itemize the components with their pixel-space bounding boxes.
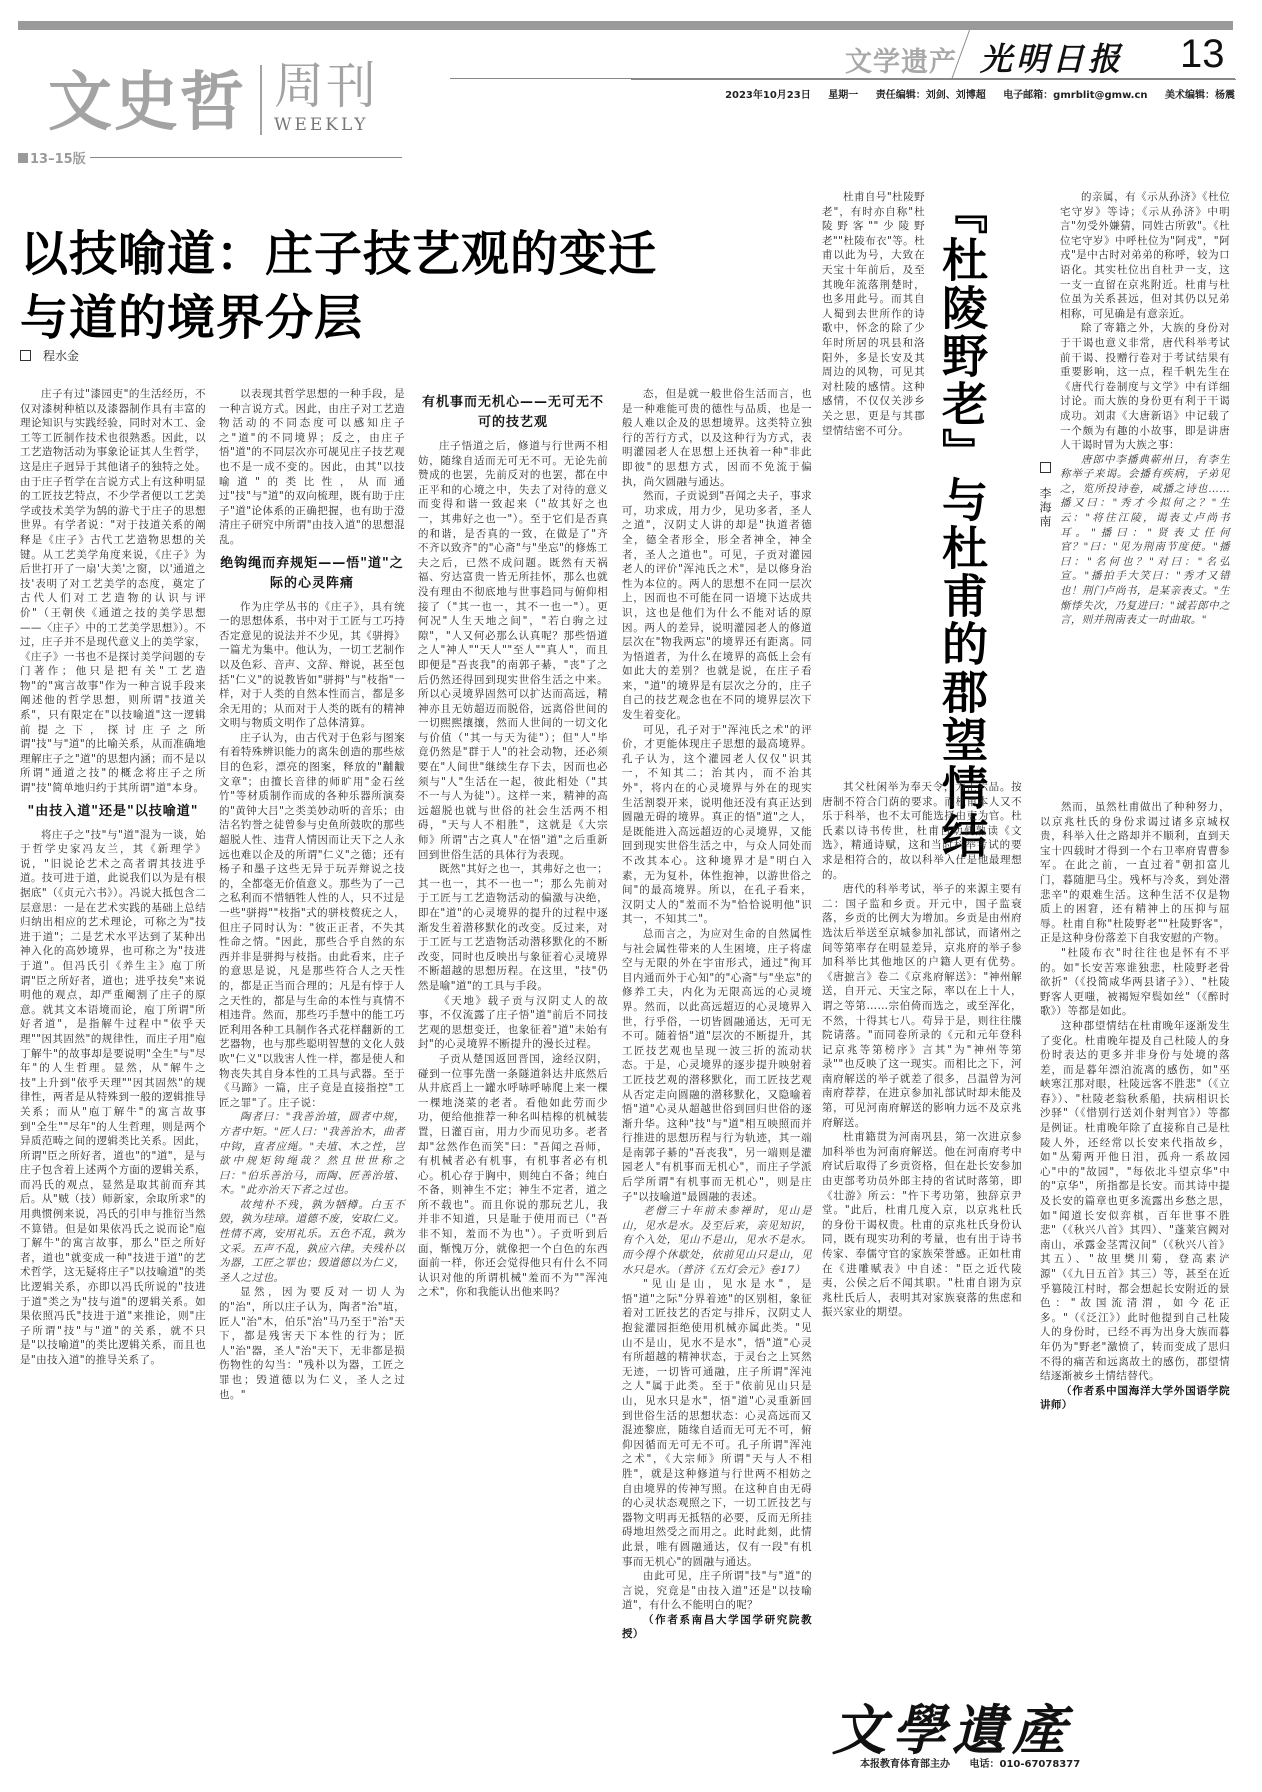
square-icon — [1040, 462, 1051, 473]
paragraph: 除了寄籍之外，大族的身份对于干谒也意义非常，唐代科举考试前干谒、投赠行卷对于考试… — [1060, 321, 1230, 452]
edition-range: 13–15版 — [30, 148, 86, 167]
brand-divider — [260, 65, 262, 135]
divider — [90, 157, 402, 158]
article-byline: 李海南 — [1037, 462, 1054, 529]
weekly-label: 周刊 WEEKLY — [274, 61, 378, 135]
article-column: 然而，虽然杜甫做出了种种努力，以京兆杜氏的身份求谒过诸多京城权贵，科举入仕之路却… — [1040, 800, 1230, 1413]
paragraph: 既然"其好之也一，其弗好之也一；其一也一，其不一也一"；那么先前对于工匠与工艺造… — [418, 862, 608, 993]
article-column: 有机事而无机心——无可无不可的技艺观 庄子悟道之后，修道与行世两不相妨，随缘自适… — [418, 387, 608, 1300]
issue-date: 2023年10月23日 — [725, 90, 811, 101]
headline-line-2: 与道的境界分层 — [20, 286, 657, 350]
header-top-bar — [18, 21, 1233, 30]
paragraph: "见山是山，见水是水"，是悟"道"之际"分界着迹"的区别相，象征着对工匠技艺的否… — [622, 1277, 812, 1569]
headline-line-1: 以技喻道：庄子技艺观的变迁 — [20, 222, 657, 286]
article-column: 庄子有过"漆园吏"的生活经历，不仅对漆树种植以及漆器制作具有丰富的理论知识与实践… — [20, 387, 206, 1368]
paragraph: "杜陵布衣"时往往也是怀有不平的。如"长安苦寒谁独悲，杜陵野老骨欲折"（《投简咸… — [1040, 946, 1230, 1019]
paragraph: 《天地》载子贡与汉阴丈人的故事，不仅流露了庄子悟"道"前后不同技艺观的思想变迁，… — [418, 994, 608, 1052]
block-quote: 老僧三十年前未参禅时，见山是山，见水是水。及至后来，亲见知识，有个入处，见山不是… — [622, 1204, 812, 1277]
block-quote: 唐郎中李播典蕲州日，有李生称举子来谒。会播有疾病，子弟见之，览所投诗卷，咸播之诗… — [1060, 453, 1230, 628]
paragraph: 态，但是就一般世俗生活而言，也是一种难能可贵的德性与品质，也是一般人难以企及的思… — [622, 387, 812, 489]
phone: 电话：010-67078377 — [969, 1759, 1080, 1770]
paragraph: 将庄子之"技"与"道"混为一谈，始于哲学史家冯友兰，其《新理学》说，"旧说论艺术… — [20, 828, 206, 1368]
author-credit: （作者系南昌大学国学研究院教授） — [622, 1613, 812, 1642]
newspaper-logo: 光明日报 — [980, 34, 1124, 80]
paragraph: 的亲属，有《示从孙济》《杜位宅守岁》等诗；《示从孙济》中明言"勿受外嫌猜，同姓古… — [1060, 190, 1230, 321]
paragraph: 庄子有过"漆园吏"的生活经历，不仅对漆树种植以及漆器制作具有丰富的理论知识与实践… — [20, 387, 206, 796]
weekly-en: WEEKLY — [274, 115, 378, 135]
email: 电子邮箱：gmrblit@gmw.cn — [1003, 90, 1147, 101]
paragraph: 然而，子贡说到"吾闻之夫子，事求可，功求成，用力少，见功多者，圣人之道"，汉阴丈… — [622, 489, 812, 723]
article-headline-vertical: 『杜陵野老』与杜甫的郡望情结 — [937, 188, 987, 860]
sponsor: 本报教育体育部主办 — [860, 1759, 950, 1770]
author-credit: （作者系中国海洋大学外国语学院讲师） — [1040, 1384, 1230, 1413]
article-column: 态，但是就一般世俗生活而言，也是一种难能可贵的德性与品质，也是一般人难以企及的思… — [622, 387, 812, 1642]
divider — [631, 79, 1236, 80]
paragraph: 子贡从楚国返回晋国，途经汉阴，碰到一位事先凿一条隧道斜达井底然后从井底舀上一罐水… — [418, 1052, 608, 1300]
weekly-cn: 周刊 — [274, 61, 378, 111]
square-icon — [20, 350, 31, 361]
article-byline: 程水金 — [20, 347, 79, 364]
paragraph: 然而，虽然杜甫做出了种种努力，以京兆杜氏的身份求谒过诸多京城权贵，科举入仕之路却… — [1040, 800, 1230, 946]
author-name: 李海南 — [1038, 487, 1052, 529]
section-name: 文学遗产 — [845, 40, 957, 79]
subheading: 有机事而无机心——无可无不可的技艺观 — [418, 393, 608, 433]
paragraph: 这种郡望情结在杜甫晚年逐渐发生了变化。杜甫晚年提及自己杜陵人的身份时表达的更多并… — [1040, 1019, 1230, 1384]
weekly-masthead: 文史哲 周刊 WEEKLY — [48, 55, 378, 135]
issue-info: 2023年10月23日 星期一 责任编辑：刘剑、刘博超 电子邮箱：gmrblit… — [713, 86, 1235, 101]
paragraph: 其父杜闲举为奉天令，为正六品。按唐制不符合门荫的要求。而杜甫本人又不乐于科举，也… — [822, 780, 1022, 882]
subheading: 绝钩绳而弃规矩——悟"道"之际的心灵阵痛 — [219, 554, 405, 594]
paragraph: 唐代的科举考试，举子的来源主要有二：国子监和乡贡。开元中，国子监衰落，乡贡的比例… — [822, 882, 1022, 1130]
paragraph: 杜甫自号"杜陵野老"，有时亦自称"杜陵野客""少陵野老""杜陵布衣"等。杜甫以此… — [822, 190, 925, 438]
article-column: 其父杜闲举为奉天令，为正六品。按唐制不符合门荫的要求。而杜甫本人又不乐于科举，也… — [822, 780, 1022, 1320]
brand-title: 文史哲 — [48, 71, 246, 135]
issue-weekday: 星期一 — [828, 90, 858, 101]
article-column: 杜甫自号"杜陵野老"，有时亦自称"杜陵野客""少陵野老""杜陵布衣"等。杜甫以此… — [822, 190, 925, 438]
editors: 责任编辑：刘剑、刘博超 — [876, 90, 986, 101]
paragraph: 作为庄学丛书的《庄子》，具有统一的思想体系，书中对于工匠与工巧持否定意见的说法并… — [219, 600, 405, 731]
paragraph: 显然，因为要反对一切人为的"治"，所以庄子认为，陶者"治"埴，匠人"治"木，伯乐… — [219, 1285, 405, 1402]
square-bullet-icon — [18, 153, 28, 163]
edition-tag: 13–15版 — [18, 148, 86, 167]
paragraph: 由此可见，庄子所谓"技"与"道"的言说，究竟是"由技入道"还是"以技喻道"，有什… — [622, 1569, 812, 1613]
art-editor: 美术编辑：杨震 — [1165, 90, 1235, 101]
paragraph: 以表现其哲学思想的一种手段，是一种言说方式。因此，由庄子对工艺造物活动的不同态度… — [219, 387, 405, 548]
block-quote: 故纯朴不残，孰为牺樽。白玉不毁，孰为珪璋。道德不废，安取仁义。性情不离，安用礼乐… — [219, 1198, 405, 1286]
page-number: 13 — [1180, 34, 1225, 74]
subheading: "由技入道"还是"以技喻道" — [20, 802, 206, 822]
paragraph: 庄子悟道之后，修道与行世两不相妨，随缘自适而无可无不可。无论先前赞成的也罢，先前… — [418, 439, 608, 862]
section-calligraphy-logo: 文學遺產 — [832, 1688, 1072, 1765]
footer-info: 本报教育体育部主办 电话：010-67078377 — [848, 1755, 1080, 1770]
article-column: 以表现其哲学思想的一种手段，是一种言说方式。因此，由庄子对工艺造物活动的不同态度… — [219, 387, 405, 1402]
article-column: 的亲属，有《示从孙济》《杜位宅守岁》等诗；《示从孙济》中明言"勿受外嫌猜，同姓古… — [1060, 190, 1230, 628]
block-quote: 陶者曰："我善治埴，圆者中规，方者中矩。"匠人曰："我善治木，曲者中钩，直者应绳… — [219, 1110, 405, 1198]
author-name: 程水金 — [43, 347, 79, 364]
paragraph: 庄子认为，由古代对于色彩与图案有着特殊辨识能力的离朱创造的那些炫目的色彩，漂亮的… — [219, 731, 405, 1110]
article-headline: 以技喻道：庄子技艺观的变迁 与道的境界分层 — [20, 222, 657, 350]
paragraph: 杜甫籍贯为河南巩县，第一次进京参加科举也为河南府解送。他在河南府考中府试后取得了… — [822, 1130, 1022, 1320]
paragraph: 可见，孔子对于"浑沌氏之术"的评价，才更能体现庄子思想的最高境界。孔子认为，这个… — [622, 723, 812, 927]
paragraph: 总而言之，为应对生命的自然属性与社会属性带来的人生困境，庄子将虚空与无限的外在宇… — [622, 927, 812, 1204]
